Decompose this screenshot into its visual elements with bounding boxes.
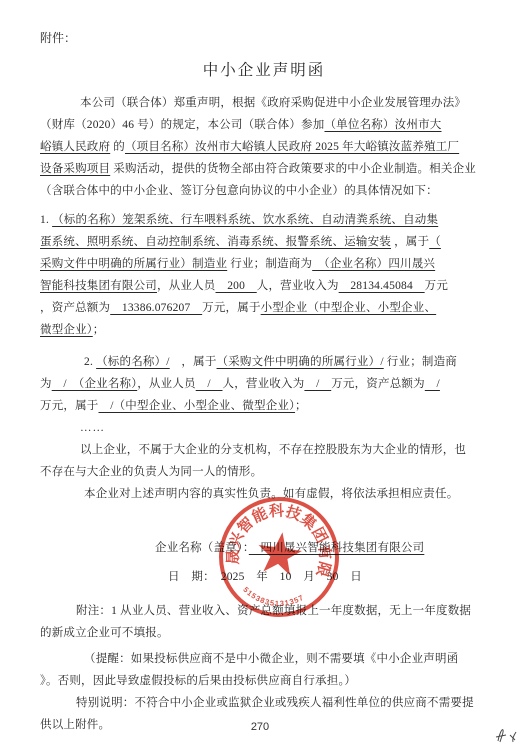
text-line: 峪镇人民政府 的（项目名称）汝州市大峪镇人民政府 2025 年大峪镇汝蓝养殖工厂 [40,136,488,158]
underlined-text: （标的名称）笼架系统、行车喂料系统、饮水系统、自动清粪系统、自动集 [52,214,438,226]
text: 》。否则，因此导致虚假投标的后果由投标供应商自行承担。） [40,675,356,687]
document-body: 本公司（联合体）郑重声明，根据《政府采购促进中小企业发展管理办法》（财库（202… [40,92,488,736]
text: 以上企业，不属于大企业的分支机构，不存在控股股东为大企业的情形，也 [80,444,466,456]
text: ，资产总额为 [40,302,110,314]
underlined-text: 28134.45084 [339,280,425,292]
paragraph-declaration1: 以上企业，不属于大企业的分支机构，不存在控股股东为大企业的情形，也不存在与大企业… [40,439,488,483]
text: ，从业人员 [137,378,196,390]
text-line: 采购文件中明确的所属行业）制造业 行业；制造商为 （企业名称）四川晟兴 [40,253,488,275]
document-page: 附件： 中小企业声明函 本公司（联合体）郑重声明，根据《政府采购促进中小企业发展… [0,0,520,750]
text: 企业名称（盖章）： [155,542,249,554]
text-line: 日 期： 2025 年 10 月 30 日 [40,566,488,588]
text-line: 为 / （企业名称），从业人员 / 人，营业收入为 / 万元，资产总额为 / [40,373,488,395]
text-line: 以上企业，不属于大企业的分支机构，不存在控股股东为大企业的情形，也 [40,439,488,461]
text-line: （财库（2020）46 号）的规定，本公司（联合体）参加（单位名称）汝州市大 [40,114,488,136]
underlined-text: （标的名称）/ [96,356,170,368]
underlined-text: / [425,378,440,390]
paragraph-declaration2: 本企业对上述声明内容的真实性负责。如有虚假，将依法承担相应责任。 [40,483,488,505]
text: 万元，属于 [202,302,261,314]
text-line: 万元，属于 /（中型企业、小型企业、微型企业）； [40,395,488,417]
text: （提醒：如果投标供应商不是中小微企业，则不需要填《中小企业声明函 [84,653,458,665]
text: 附注：1 从业人员、营业收入、资产总额填报上一年度数据，无上一年度数据 [76,605,471,617]
text-line: 的新成立企业可不填报。 [40,622,488,644]
text-line: 1. （标的名称）笼架系统、行车喂料系统、饮水系统、自动清粪系统、自动集 [40,209,488,231]
text-line: 企业名称（盖章）： 四川晟兴智能科技集团有限公司 [40,537,488,559]
document-title: 中小企业声明函 [40,60,488,82]
text: 万元，资产总额为 [331,378,425,390]
underlined-text: / [304,378,331,390]
underlined-text: 采购文件中明确的所属行业）制造业 [40,258,227,270]
text: 不存在与大企业的负责人为同一人的情形。 [40,466,262,478]
text: …… [80,422,105,434]
text: ，从业人员 [157,280,216,292]
paragraph-intro: 本公司（联合体）郑重声明，根据《政府采购促进中小企业发展管理办法》（财库（202… [40,92,488,202]
underlined-text: 200 [216,280,257,292]
text: 万元，属于 [40,400,99,412]
underlined-text: （项目名称）汝州市大峪镇人民政府 2025 年大峪镇汝蓝养殖工厂 [125,141,459,153]
text: 本公司（联合体）郑重声明，根据《政府采购促进中小企业发展管理办法》 [80,97,466,109]
paragraph-item2: 2. （标的名称）/ ，属于（采购文件中明确的所属行业）/ 行业；制造商为 / … [40,351,488,417]
text: 的新成立企业可不填报。 [40,627,169,639]
text: 特别说明：不符合中小企业或监狱企业或残疾人福利性单位的供应商不需要提 [76,697,474,709]
text-line: 不存在与大企业的负责人为同一人的情形。 [40,461,488,483]
text-line: 特别说明：不符合中小企业或监狱企业或残疾人福利性单位的供应商不需要提 [40,692,488,714]
text: 2. [84,356,96,368]
paragraph-item1: 1. （标的名称）笼架系统、行车喂料系统、饮水系统、自动清粪系统、自动集蛋系统、… [40,209,488,341]
underlined-text: 13386.076207 [110,302,202,314]
underlined-text: 智能科技集团有限公司 [40,280,157,292]
underlined-text: 微型企业） [40,324,93,336]
underlined-text: 峪镇人民政府 [40,141,110,153]
text: （财库（2020）46 号）的规定，本公司（联合体）参加 [40,119,324,131]
text: ，属于 [170,356,217,368]
text-line: 设备采购项目 采购活动，提供的货物全部由符合政策要求的中小企业制造。相关企业 [40,158,488,180]
text-line: 微型企业）； [40,319,488,341]
underlined-text: 蛋系统、照明系统、自动控制系统、消毒系统、报警系统、运输安装 [40,236,391,248]
text: 1. [40,214,52,226]
paragraph-note1: 附注：1 从业人员、营业收入、资产总额填报上一年度数据，无上一年度数据的新成立企… [40,600,488,644]
text-line: （含联合体中的中小企业、签订分包意向协议的中小企业）的具体情况如下： [40,180,488,202]
text: 采购活动，提供的货物全部由符合政策要求的中小企业制造。相关企业 [110,163,476,175]
underlined-text: 设备采购项目 [40,163,110,175]
underlined-text: 四川晟兴智能科技集团有限公司 [249,542,425,554]
paragraph-note2: （提醒：如果投标供应商不是中小微企业，则不需要填《中小企业声明函》。否则，因此导… [40,648,488,692]
text-line: ，资产总额为 13386.076207 万元，属于小型企业（中型企业、小型企业、 [40,297,488,319]
text: 行业；制造商为 [227,258,312,270]
text: 日 期： 2025 年 10 月 30 日 [168,571,362,583]
underlined-text: / （企业名称） [52,378,138,390]
text: 的 [110,141,125,153]
text: 本企业对上述声明内容的真实性负责。如有虚假，将依法承担相应责任。 [84,488,458,500]
text: 人，营业收入为 [223,378,305,390]
text: ； [295,400,307,412]
text-line: …… [40,417,488,439]
text-line: 》。否则，因此导致虚假投标的后果由投标供应商自行承担。） [40,670,488,692]
text-line: （提醒：如果投标供应商不是中小微企业，则不需要填《中小企业声明函 [40,648,488,670]
text-line: 蛋系统、照明系统、自动控制系统、消毒系统、报警系统、运输安装 ，属于（ [40,231,488,253]
text: 人，营业收入为 [257,280,339,292]
underlined-text: （采购文件中明确的所属行业）/ [217,356,384,368]
paragraph-sign-company: 企业名称（盖章）： 四川晟兴智能科技集团有限公司 [40,537,488,559]
paragraph-sign-date: 日 期： 2025 年 10 月 30 日 [40,566,488,588]
text-line: 2. （标的名称）/ ，属于（采购文件中明确的所属行业）/ 行业；制造商 [40,351,488,373]
underlined-text: / [196,378,223,390]
text-line: 本公司（联合体）郑重声明，根据《政府采购促进中小企业发展管理办法》 [40,92,488,114]
text: ，属于 [391,236,429,248]
text-line: 本企业对上述声明内容的真实性负责。如有虚假，将依法承担相应责任。 [40,483,488,505]
paragraph-ellipsis: …… [40,417,488,439]
underlined-text: 小型企业（中型企业、小型企业、 [261,302,437,314]
document-content: 附件： 中小企业声明函 本公司（联合体）郑重声明，根据《政府采购促进中小企业发展… [40,30,488,736]
page-number: 270 [0,720,520,734]
underlined-text: （单位名称）汝州市大 [324,119,441,131]
text: 为 [40,378,52,390]
attachment-label: 附件： [40,30,488,46]
underlined-text: /（中型企业、小型企业、微型企业） [99,400,296,412]
text: （含联合体中的中小企业、签订分包意向协议的中小企业）的具体情况如下： [40,185,438,197]
text-line: 附注：1 从业人员、营业收入、资产总额填报上一年度数据，无上一年度数据 [40,600,488,622]
text-line: 智能科技集团有限公司，从业人员 200 人，营业收入为 28134.45084 … [40,275,488,297]
underlined-text: （ [429,236,441,248]
text: 万元 [425,280,448,292]
text: 行业；制造商 [384,356,457,368]
text: ； [93,324,105,336]
underlined-text: （企业名称）四川晟兴 [312,258,435,270]
